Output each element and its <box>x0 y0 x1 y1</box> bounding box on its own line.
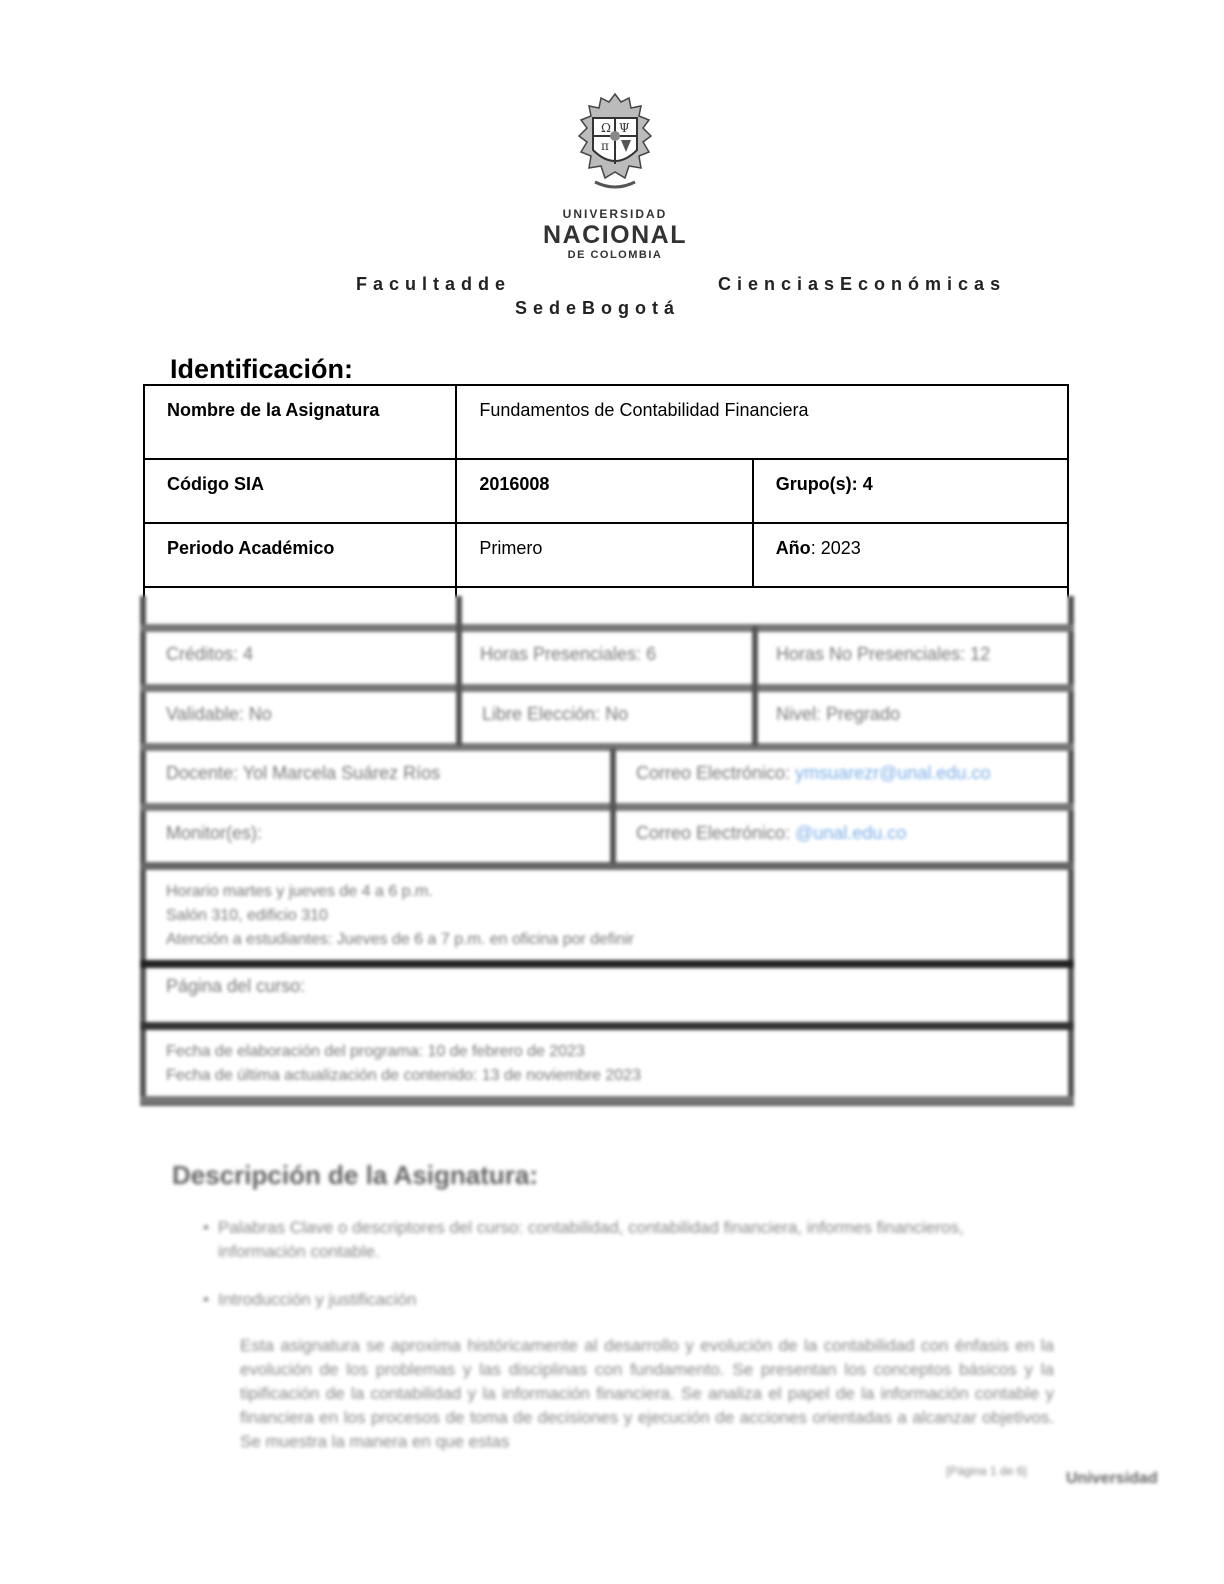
period-value: Primero <box>456 523 752 587</box>
column-divider <box>752 626 758 746</box>
blurred-table-region: Créditos: 4 Horas Presenciales: 6 Horas … <box>140 596 1074 1106</box>
schedule-line: Salón 310, edificio 310 <box>166 904 634 928</box>
year-cell: Año: 2023 <box>753 523 1068 587</box>
presential-hours: Horas Presenciales: 6 <box>480 644 656 665</box>
groups-cell: Grupo(s): 4 <box>753 459 1068 523</box>
column-divider <box>610 748 616 864</box>
svg-text:π: π <box>601 139 609 153</box>
row-divider <box>140 862 1074 870</box>
university-name-line2: NACIONAL <box>540 221 690 249</box>
schedule-block: Horario martes y jueves de 4 a 6 p.m. Sa… <box>166 880 634 952</box>
table-row: Periodo Académico Primero Año: 2023 <box>144 523 1068 587</box>
period-label: Periodo Académico <box>144 523 456 587</box>
teacher-email-link[interactable]: ymsuarezr@unal.edu.co <box>795 763 990 783</box>
groups-label: Grupo(s): <box>776 474 858 494</box>
dates-block: Fecha de elaboración del programa: 10 de… <box>166 1040 641 1088</box>
schedule-line: Horario martes y jueves de 4 a 6 p.m. <box>166 880 634 904</box>
elaboration-date: Fecha de elaboración del programa: 10 de… <box>166 1040 641 1064</box>
teacher-email-label: Correo Electrónico: <box>636 763 790 783</box>
non-presential-hours: Horas No Presenciales: 12 <box>776 644 990 665</box>
row-divider <box>140 803 1074 811</box>
row-divider <box>140 684 1074 692</box>
footer-brand: Universidad <box>1066 1470 1158 1488</box>
table-row: Código SIA 2016008 Grupo(s): 4 <box>144 459 1068 523</box>
bullet-icon: • <box>203 1290 209 1310</box>
svg-text:Ω: Ω <box>601 121 611 135</box>
university-name-line3: DE COLOMBIA <box>540 249 690 261</box>
description-paragraph: Esta asignatura se aproxima históricamen… <box>240 1334 1054 1454</box>
university-logo: Ω Ψ π UNIVERSIDAD NACIONAL DE COLOMBIA <box>540 90 690 261</box>
table-row: Nombre de la Asignatura Fundamentos de C… <box>144 385 1068 459</box>
svg-text:Ψ: Ψ <box>619 121 630 135</box>
subject-name-label: Nombre de la Asignatura <box>144 385 456 459</box>
level: Nivel: Pregrado <box>776 704 900 725</box>
validable: Validable: No <box>166 704 272 725</box>
monitor: Monitor(es): <box>166 823 262 844</box>
university-crest-icon: Ω Ψ π <box>573 90 657 196</box>
identification-table: Nombre de la Asignatura Fundamentos de C… <box>143 384 1069 632</box>
intro-bullet: Introducción y justificación <box>218 1288 998 1312</box>
monitor-email-cell: Correo Electrónico: @unal.edu.co <box>636 823 906 844</box>
faculty-name-part2: CienciasEconómicas <box>718 274 1006 295</box>
free-choice: Libre Elección: No <box>482 704 628 725</box>
bullet-icon: • <box>203 1218 209 1238</box>
subject-name-value: Fundamentos de Contabilidad Financiera <box>456 385 1068 459</box>
groups-value: 4 <box>863 474 873 494</box>
credits: Créditos: 4 <box>166 644 253 665</box>
sia-code-value: 2016008 <box>456 459 752 523</box>
sia-code-label: Código SIA <box>144 459 456 523</box>
row-divider <box>140 1096 1074 1104</box>
year-label: Año <box>776 538 811 558</box>
page-indicator: [Página 1 de 6] <box>946 1464 1027 1478</box>
monitor-email-label: Correo Electrónico: <box>636 823 790 843</box>
identification-title: Identificación: <box>170 354 353 385</box>
keywords-bullet: Palabras Clave o descriptores del curso:… <box>218 1216 998 1264</box>
monitor-email-link[interactable]: @unal.edu.co <box>795 823 906 843</box>
update-date: Fecha de última actualización de conteni… <box>166 1064 641 1088</box>
campus-name: SedeBogotá <box>515 298 680 319</box>
faculty-name-part1: Facultadde <box>356 274 511 295</box>
course-page: Página del curso: <box>166 976 305 997</box>
row-divider <box>140 624 1074 632</box>
year-value: : 2023 <box>811 538 861 558</box>
schedule-line: Atención a estudiantes: Jueves de 6 a 7 … <box>166 928 634 952</box>
teacher-email-cell: Correo Electrónico: ymsuarezr@unal.edu.c… <box>636 763 990 784</box>
university-name-line1: UNIVERSIDAD <box>540 207 690 221</box>
teacher: Docente: Yol Marcela Suárez Ríos <box>166 763 440 784</box>
row-divider <box>140 743 1074 751</box>
row-divider <box>140 1022 1074 1030</box>
column-divider <box>456 596 462 746</box>
row-divider <box>140 960 1074 968</box>
description-title: Descripción de la Asignatura: <box>172 1160 538 1191</box>
